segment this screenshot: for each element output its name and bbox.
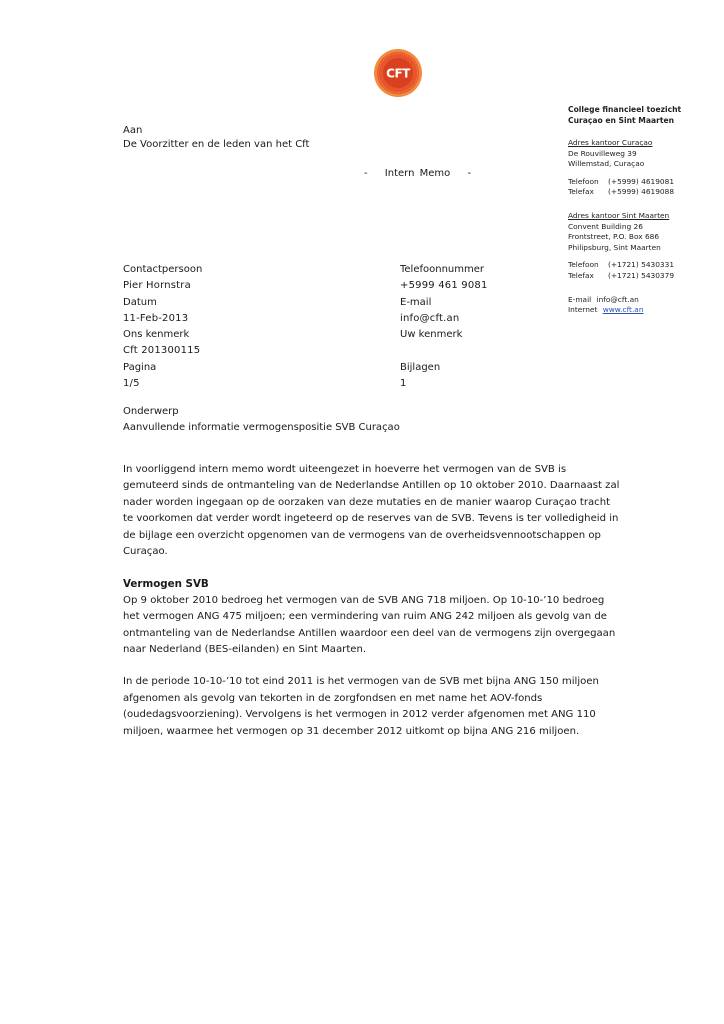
attachments-value: 1 bbox=[400, 376, 520, 392]
fax-row: Telefax (+5999) 4619088 bbox=[568, 187, 718, 198]
cft-logo-icon: CFT bbox=[373, 48, 423, 98]
intro-paragraph: In voorliggend intern memo wordt uiteeng… bbox=[123, 462, 623, 560]
email-row: E-mail info@cft.an bbox=[568, 295, 718, 306]
address-line: Frontstreet, P.O. Box 686 bbox=[568, 232, 718, 243]
page-label: Pagina bbox=[123, 360, 363, 376]
your-reference-label: Uw kenmerk bbox=[400, 327, 520, 343]
address-line: De Rouvilleweg 39 bbox=[568, 149, 718, 160]
email-value: info@cft.an bbox=[400, 311, 520, 327]
our-reference-value: Cft 201300115 bbox=[123, 343, 363, 359]
address-line: Philipsburg, Sint Maarten bbox=[568, 243, 718, 254]
organization-name: College financieel toezicht Curaçao en S… bbox=[568, 104, 718, 126]
email-label: E-mail bbox=[400, 295, 520, 311]
body-paragraph: Op 9 oktober 2010 bedroeg het vermogen v… bbox=[123, 593, 623, 659]
attachments-label: Bijlagen bbox=[400, 360, 520, 376]
subject: Onderwerp Aanvullende informatie vermoge… bbox=[123, 404, 400, 436]
our-reference-label: Ons kenmerk bbox=[123, 327, 363, 343]
organization-info: College financieel toezicht Curaçao en S… bbox=[568, 104, 718, 316]
cft-logo: CFT bbox=[373, 48, 423, 98]
contact-person-label: Contactpersoon bbox=[123, 262, 363, 278]
fax-number: (+5999) 4619088 bbox=[608, 187, 674, 198]
organization-name-line1: College financieel toezicht bbox=[568, 104, 718, 115]
phone-number: (+1721) 5430331 bbox=[608, 260, 674, 271]
phone-number: (+5999) 4619081 bbox=[608, 177, 674, 188]
phone-row: Telefoon (+1721) 5430331 bbox=[568, 260, 718, 271]
memo-title: - Intern Memo - bbox=[364, 167, 471, 181]
memo-title-dash: - bbox=[364, 168, 380, 179]
body-paragraph: In de periode 10-10-’10 tot eind 2011 is… bbox=[123, 674, 623, 740]
addressee: Aan De Voorzitter en de leden van het Cf… bbox=[123, 124, 309, 152]
office-heading: Adres kantoor Sint Maarten bbox=[568, 211, 718, 222]
section-heading: Vermogen SVB bbox=[123, 576, 623, 592]
phone-label: Telefoon bbox=[568, 260, 598, 271]
fax-label: Telefax bbox=[568, 271, 598, 282]
subject-value: Aanvullende informatie vermogenspositie … bbox=[123, 420, 400, 436]
website-row: Internet www.cft.an bbox=[568, 305, 718, 316]
fax-label: Telefax bbox=[568, 187, 598, 198]
subject-label: Onderwerp bbox=[123, 404, 400, 420]
website-label: Internet bbox=[568, 305, 597, 314]
contact-person-value: Pier Hornstra bbox=[123, 278, 363, 294]
fax-number: (+1721) 5430379 bbox=[608, 271, 674, 282]
metadata-right-column: Telefoonnummer +5999 461 9081 E-mail inf… bbox=[400, 262, 520, 392]
page-value: 1/5 bbox=[123, 376, 363, 392]
address-line: Convent Building 26 bbox=[568, 222, 718, 233]
office-heading: Adres kantoor Curaçao bbox=[568, 138, 718, 149]
metadata-left-column: Contactpersoon Pier Hornstra Datum 11-Fe… bbox=[123, 262, 363, 392]
your-reference-value bbox=[400, 343, 520, 359]
website-link[interactable]: www.cft.an bbox=[603, 305, 644, 314]
memo-title-dash: - bbox=[455, 168, 471, 179]
email-value: info@cft.an bbox=[597, 295, 639, 304]
memo-page: CFT College financieel toezicht Curaçao … bbox=[0, 0, 724, 1024]
date-value: 11-Feb-2013 bbox=[123, 311, 363, 327]
phone-number-value: +5999 461 9081 bbox=[400, 278, 520, 294]
date-label: Datum bbox=[123, 295, 363, 311]
phone-label: Telefoon bbox=[568, 177, 598, 188]
memo-body: In voorliggend intern memo wordt uiteeng… bbox=[123, 462, 623, 756]
svg-text:CFT: CFT bbox=[386, 67, 411, 81]
memo-title-text: Intern Memo bbox=[385, 168, 450, 179]
phone-number-label: Telefoonnummer bbox=[400, 262, 520, 278]
email-label: E-mail bbox=[568, 295, 591, 304]
office-sint-maarten: Adres kantoor Sint Maarten Convent Build… bbox=[568, 211, 718, 282]
addressee-recipient: De Voorzitter en de leden van het Cft bbox=[123, 138, 309, 152]
office-curacao: Adres kantoor Curaçao De Rouvilleweg 39 … bbox=[568, 138, 718, 198]
addressee-label: Aan bbox=[123, 124, 309, 138]
organization-name-line2: Curaçao en Sint Maarten bbox=[568, 115, 718, 126]
address-line: Willemstad, Curaçao bbox=[568, 159, 718, 170]
fax-row: Telefax (+1721) 5430379 bbox=[568, 271, 718, 282]
phone-row: Telefoon (+5999) 4619081 bbox=[568, 177, 718, 188]
